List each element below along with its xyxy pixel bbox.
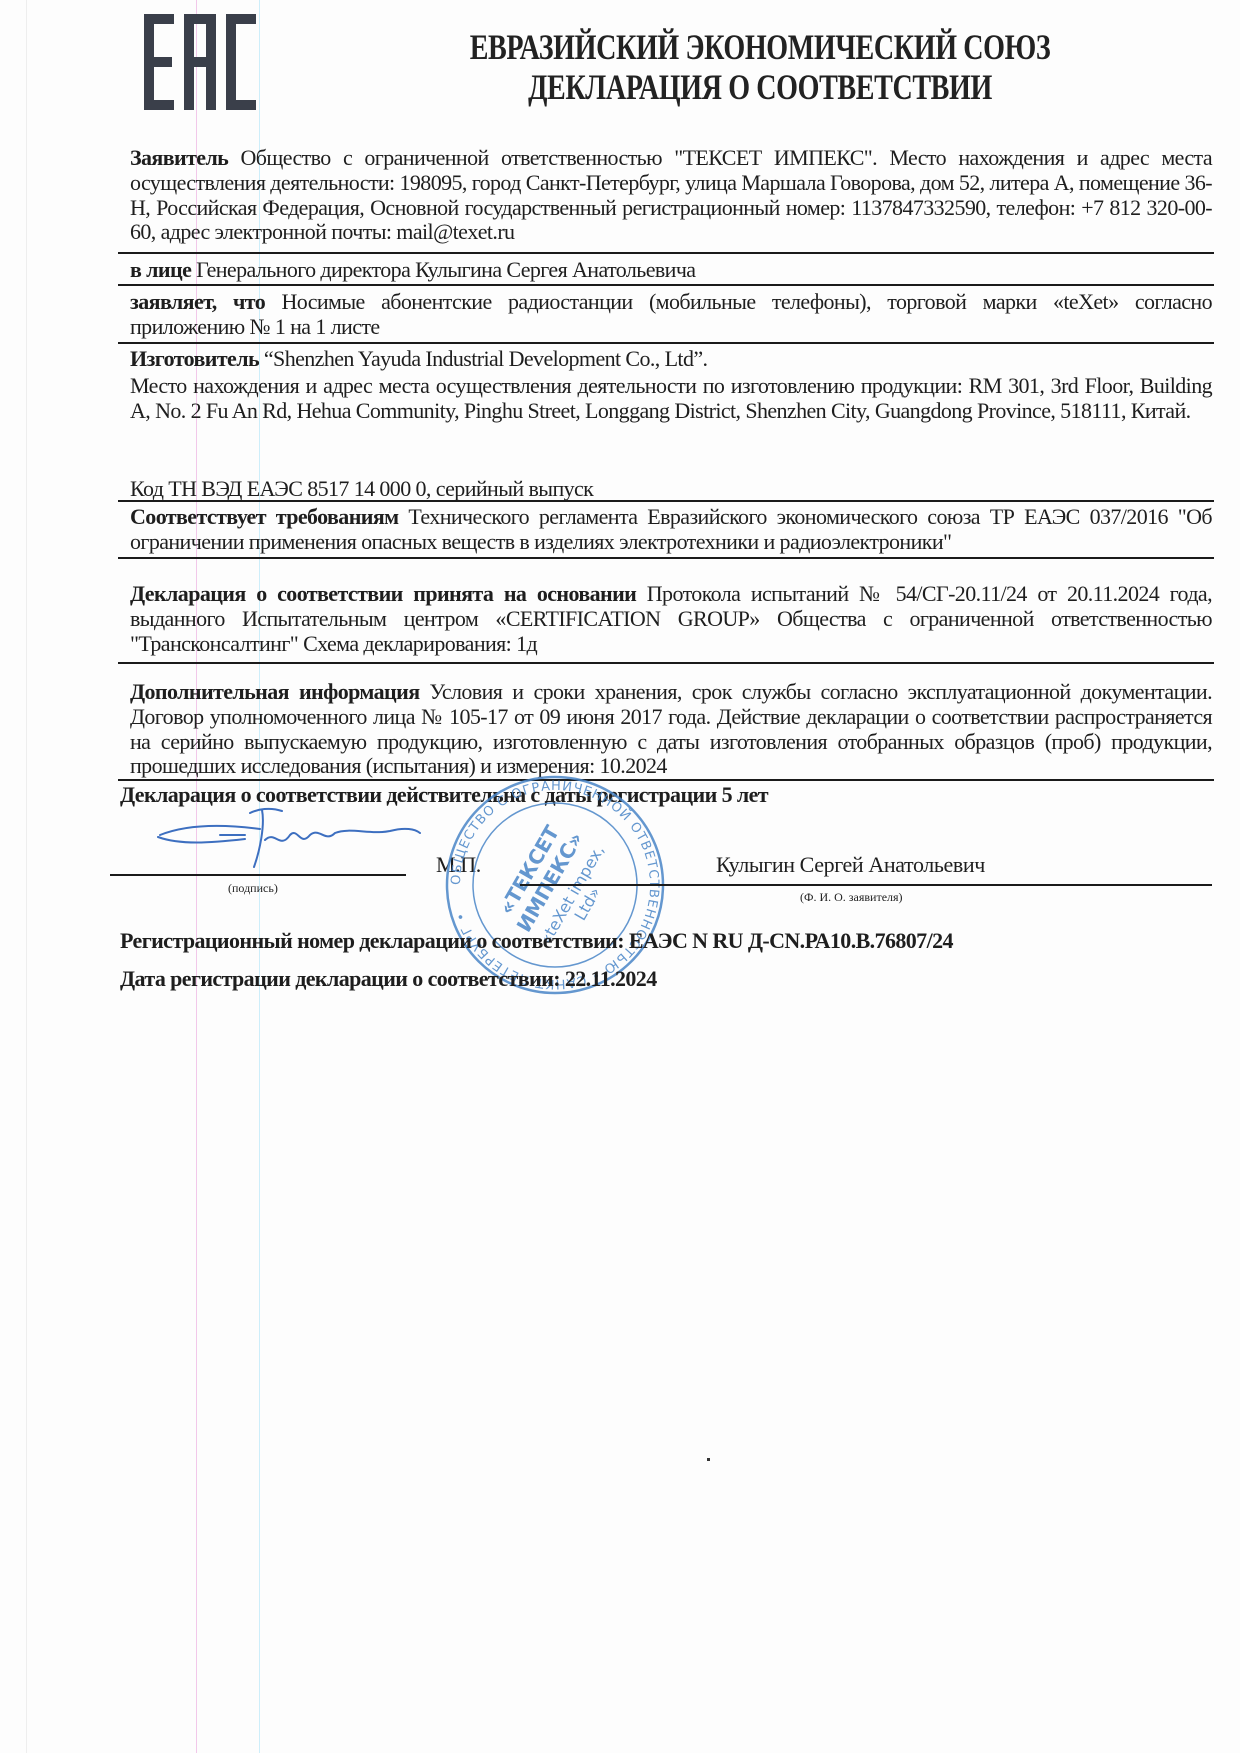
document-title-union: ЕВРАЗИЙСКИЙ ЭКОНОМИЧЕСКИЙ СОЮЗ: [425, 26, 1096, 68]
signature-line: [110, 874, 406, 876]
signer-name: Кулыгин Сергей Анатольевич: [716, 852, 985, 878]
divider: [118, 662, 1214, 664]
declares-section: заявляет, что Носимые абонентские радиос…: [130, 290, 1212, 340]
divider: [118, 557, 1214, 559]
divider: [118, 500, 1214, 502]
manufacturer-name: “Shenzhen Yayuda Industrial Development …: [264, 346, 708, 371]
additional-info-section: Дополнительная информация Условия и срок…: [130, 680, 1212, 779]
applicant-text: Общество с ограниченной ответственностью…: [130, 145, 1212, 244]
additional-info-label: Дополнительная информация: [130, 679, 420, 704]
conformity-section: Соответствует требованиям Технического р…: [130, 505, 1212, 555]
scan-edge-line: [26, 0, 27, 1753]
document-title-declaration: ДЕКЛАРАЦИЯ О СООТВЕТСТВИИ: [425, 66, 1096, 108]
divider: [118, 284, 1214, 286]
registration-number: Регистрационный номер декларации о соотв…: [120, 928, 953, 954]
divider: [118, 252, 1214, 254]
scan-speck: [707, 1458, 710, 1461]
conformity-label: Соответствует требованиям: [130, 504, 399, 529]
registration-date: Дата регистрации декларации о соответств…: [120, 966, 657, 992]
signature-caption: (подпись): [228, 881, 278, 896]
name-line: [520, 884, 1212, 886]
declares-text: Носимые абонентские радиостанции (мобиль…: [130, 289, 1212, 339]
declares-label: заявляет, что: [130, 289, 265, 314]
manufacturer-address: Место нахождения и адрес места осуществл…: [130, 374, 1212, 424]
representative-section: в лице Генерального директора Кулыгина С…: [130, 258, 1212, 283]
eac-logo-icon: [144, 14, 256, 110]
applicant-section: Заявитель Общество с ограниченной ответс…: [130, 146, 1212, 245]
applicant-label: Заявитель: [130, 145, 228, 170]
basis-label: Декларация о соответствии принята на осн…: [130, 581, 636, 606]
handwritten-signature: [150, 805, 430, 870]
manufacturer-label: Изготовитель: [130, 346, 259, 371]
manufacturer-section: Изготовитель “Shenzhen Yayuda Industrial…: [130, 347, 1212, 372]
signer-caption: (Ф. И. О. заявителя): [800, 890, 903, 905]
basis-section: Декларация о соответствии принята на осн…: [130, 582, 1212, 656]
hs-code-line: Код ТН ВЭД ЕАЭС 8517 14 000 0, серийный …: [130, 477, 1212, 502]
divider: [118, 342, 1214, 344]
representative-label: в лице: [130, 257, 191, 282]
representative-text: Генерального директора Кулыгина Сергея А…: [196, 257, 695, 282]
